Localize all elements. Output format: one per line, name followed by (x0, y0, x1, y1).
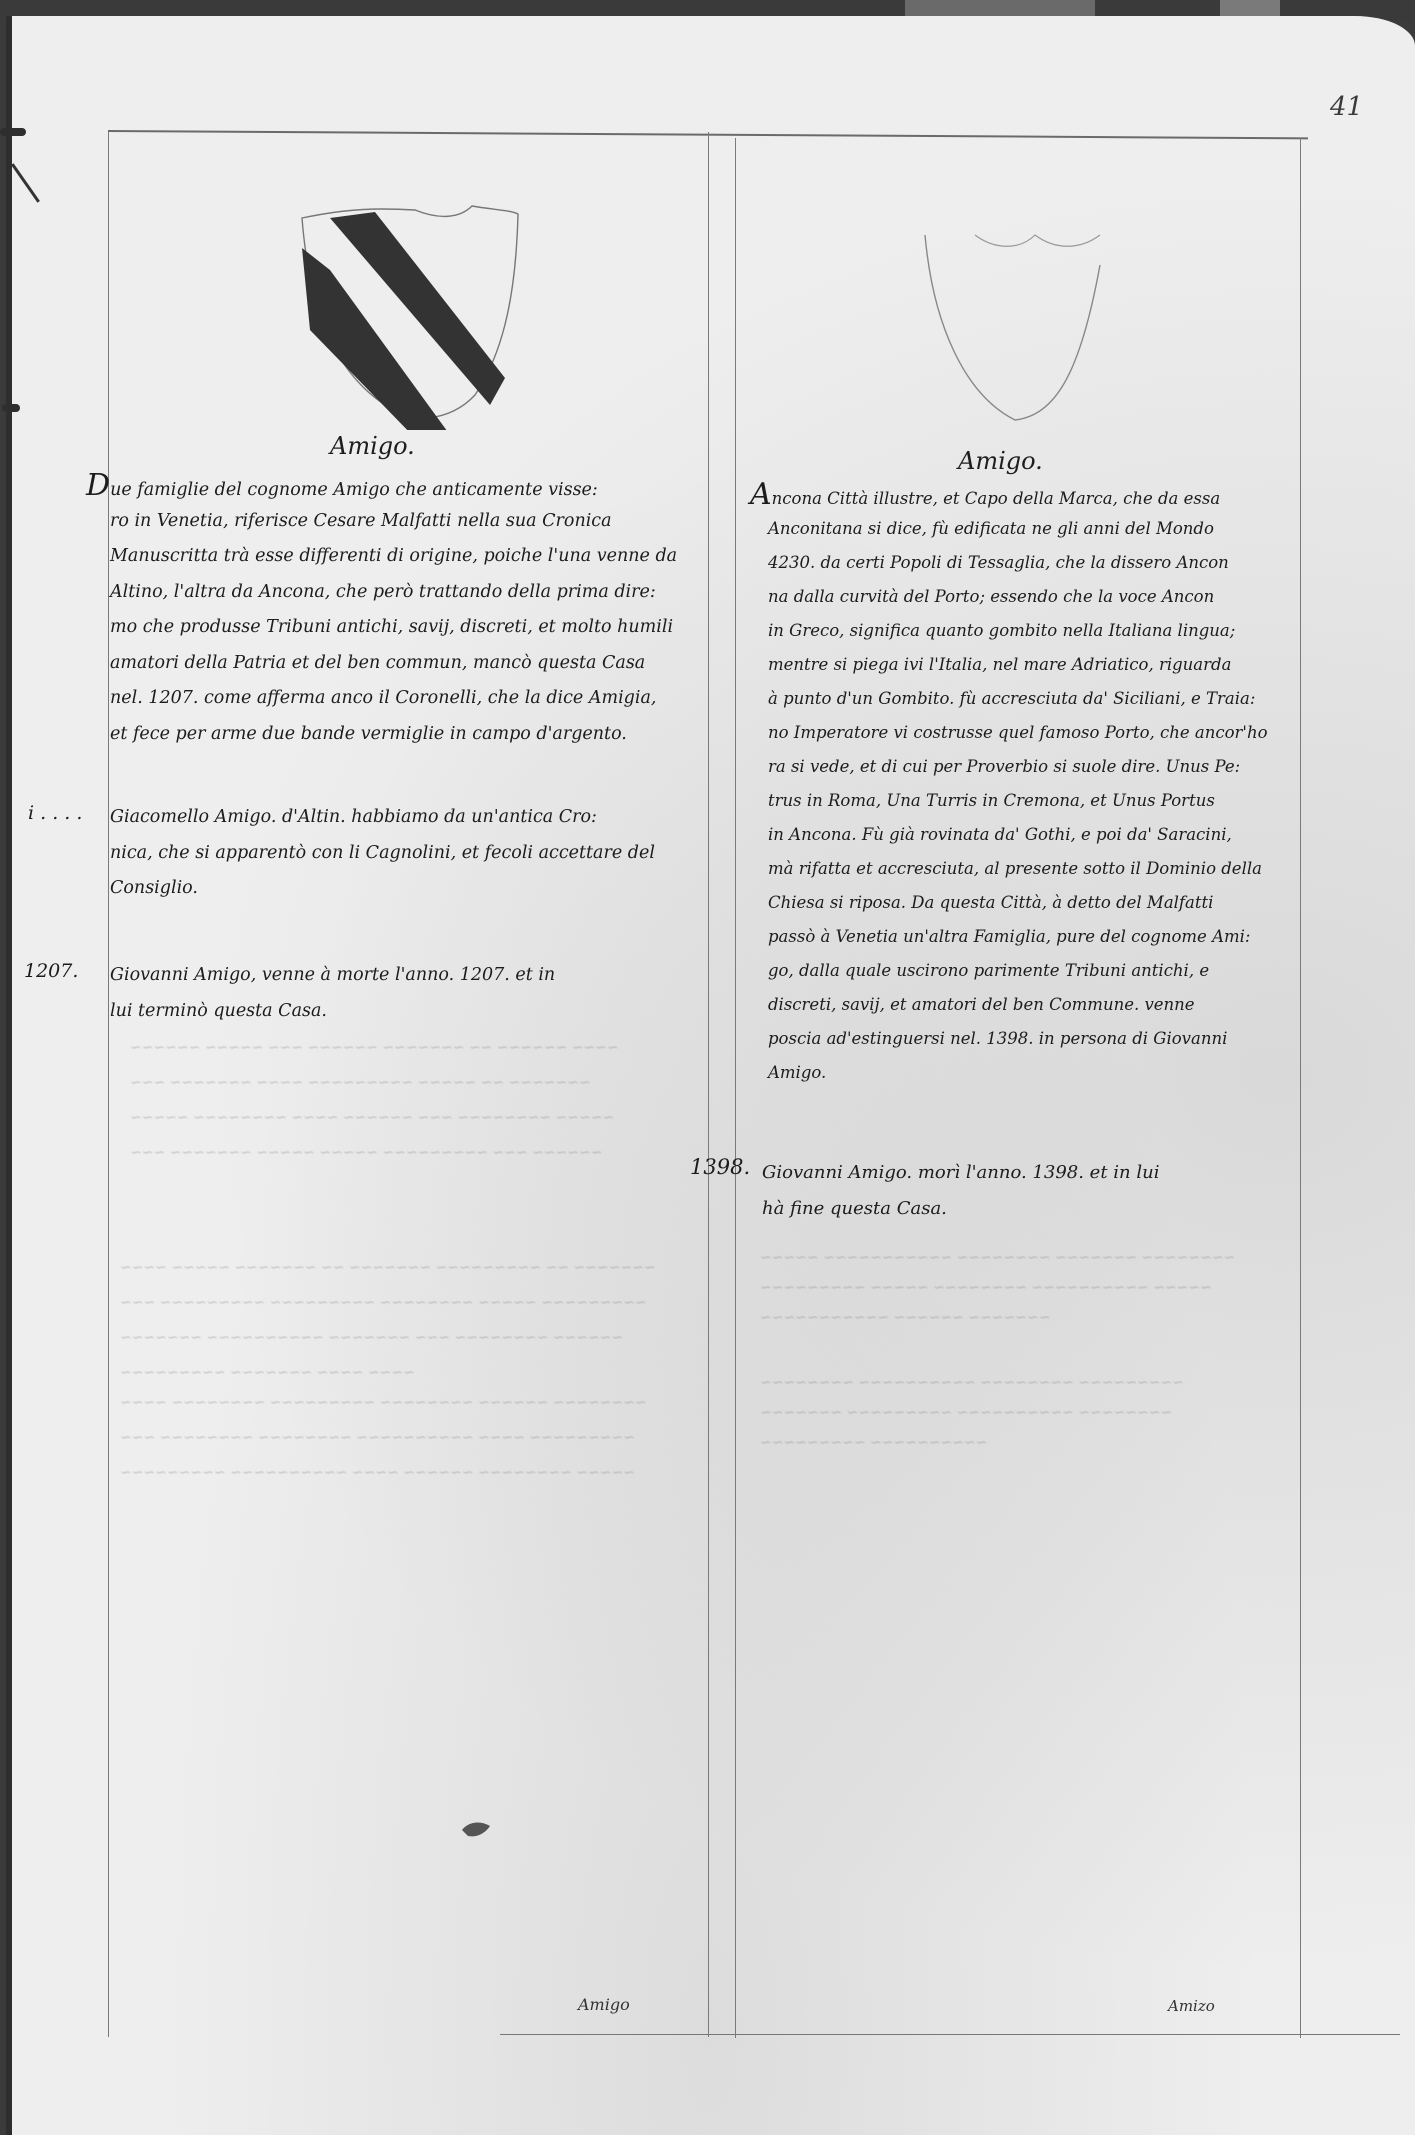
text-line: mà rifatta et accresciuta, al presente s… (750, 852, 1310, 886)
text-line: na dalla curvità del Porto; essendo che … (750, 580, 1310, 614)
text-line: amatori della Patria et del ben commun, … (86, 646, 706, 682)
text-line: go, dalla quale uscirono parimente Tribu… (750, 954, 1310, 988)
page-number: 41 (1330, 92, 1363, 122)
text-line: Consiglio. (110, 871, 655, 907)
column-divider-rule (708, 132, 709, 2037)
entry-date: 1207. (24, 960, 78, 982)
entry-date: i . . . . (28, 802, 82, 824)
entry-date: 1398. (690, 1155, 750, 1179)
column-divider-rule (735, 138, 736, 2038)
text-line: ro in Venetia, riferisce Cesare Malfatti… (86, 504, 706, 540)
text-line: Ancona Città illustre, et Capo della Mar… (750, 478, 1310, 512)
text-line: 4230. da certi Popoli di Tessaglia, che … (750, 546, 1310, 580)
left-heading: Amigo. (330, 432, 415, 460)
text-line: discreti, savij, et amatori del ben Comm… (750, 988, 1310, 1022)
text-line: Giovanni Amigo. morì l'anno. 1398. et in… (762, 1155, 1159, 1191)
text-line: Altino, l'altra da Ancona, che però trat… (86, 575, 706, 611)
left-catchword: Amigo (578, 1995, 630, 2014)
text-line: Giacomello Amigo. d'Altin. habbiamo da u… (110, 800, 655, 836)
text-line: Anconitana si dice, fù edificata ne gli … (750, 512, 1310, 546)
left-frame-rule (108, 132, 109, 2037)
text-line: à punto d'un Gombito. fù accresciuta da'… (750, 682, 1310, 716)
text-line: Manuscritta trà esse differenti di origi… (86, 539, 706, 575)
text-line: Amigo. (750, 1056, 1310, 1090)
text-line: hà fine questa Casa. (762, 1191, 1159, 1227)
binding-edge (6, 16, 12, 2135)
text-line: Giovanni Amigo, venne à morte l'anno. 12… (110, 958, 555, 994)
text-line: nel. 1207. come afferma anco il Coronell… (86, 681, 706, 717)
text-line: Due famiglie del cognome Amigo che antic… (86, 468, 706, 504)
text-line: lui terminò questa Casa. (110, 994, 555, 1030)
text-line: et fece per arme due bande vermiglie in … (86, 717, 706, 753)
ink-blot-mark (460, 1818, 494, 1840)
drop-cap: D (86, 468, 110, 503)
text-line: Chiesa si riposa. Da questa Città, à det… (750, 886, 1310, 920)
binding-stitch-icon (2, 404, 20, 412)
text-line: mentre si piega ivi l'Italia, nel mare A… (750, 648, 1310, 682)
right-catchword: Amizo (1168, 1997, 1215, 2015)
text-line: in Greco, significa quanto gombito nella… (750, 614, 1310, 648)
bottom-frame-rule (500, 2034, 1400, 2035)
text-line: passò à Venetia un'altra Famiglia, pure … (750, 920, 1310, 954)
text-line: poscia ad'estinguersi nel. 1398. in pers… (750, 1022, 1310, 1056)
text-line: mo che produsse Tribuni antichi, savij, … (86, 610, 706, 646)
left-column-body: Due famiglie del cognome Amigo che antic… (86, 468, 706, 752)
shield-with-two-bends-icon (290, 200, 530, 430)
text-line: no Imperatore vi costrusse quel famoso P… (750, 716, 1310, 750)
right-column-body: Ancona Città illustre, et Capo della Mar… (750, 478, 1310, 1090)
binding-stitch-icon (0, 128, 26, 136)
text-line: nica, che si apparentò con li Cagnolini,… (110, 836, 655, 872)
text-line: trus in Roma, Una Turris in Cremona, et … (750, 784, 1310, 818)
right-heading: Amigo. (958, 447, 1043, 475)
empty-shield-outline-icon (905, 205, 1165, 435)
drop-cap: A (750, 477, 772, 512)
text-line: ra si vede, et di cui per Proverbio si s… (750, 750, 1310, 784)
text-line: in Ancona. Fù già rovinata da' Gothi, e … (750, 818, 1310, 852)
